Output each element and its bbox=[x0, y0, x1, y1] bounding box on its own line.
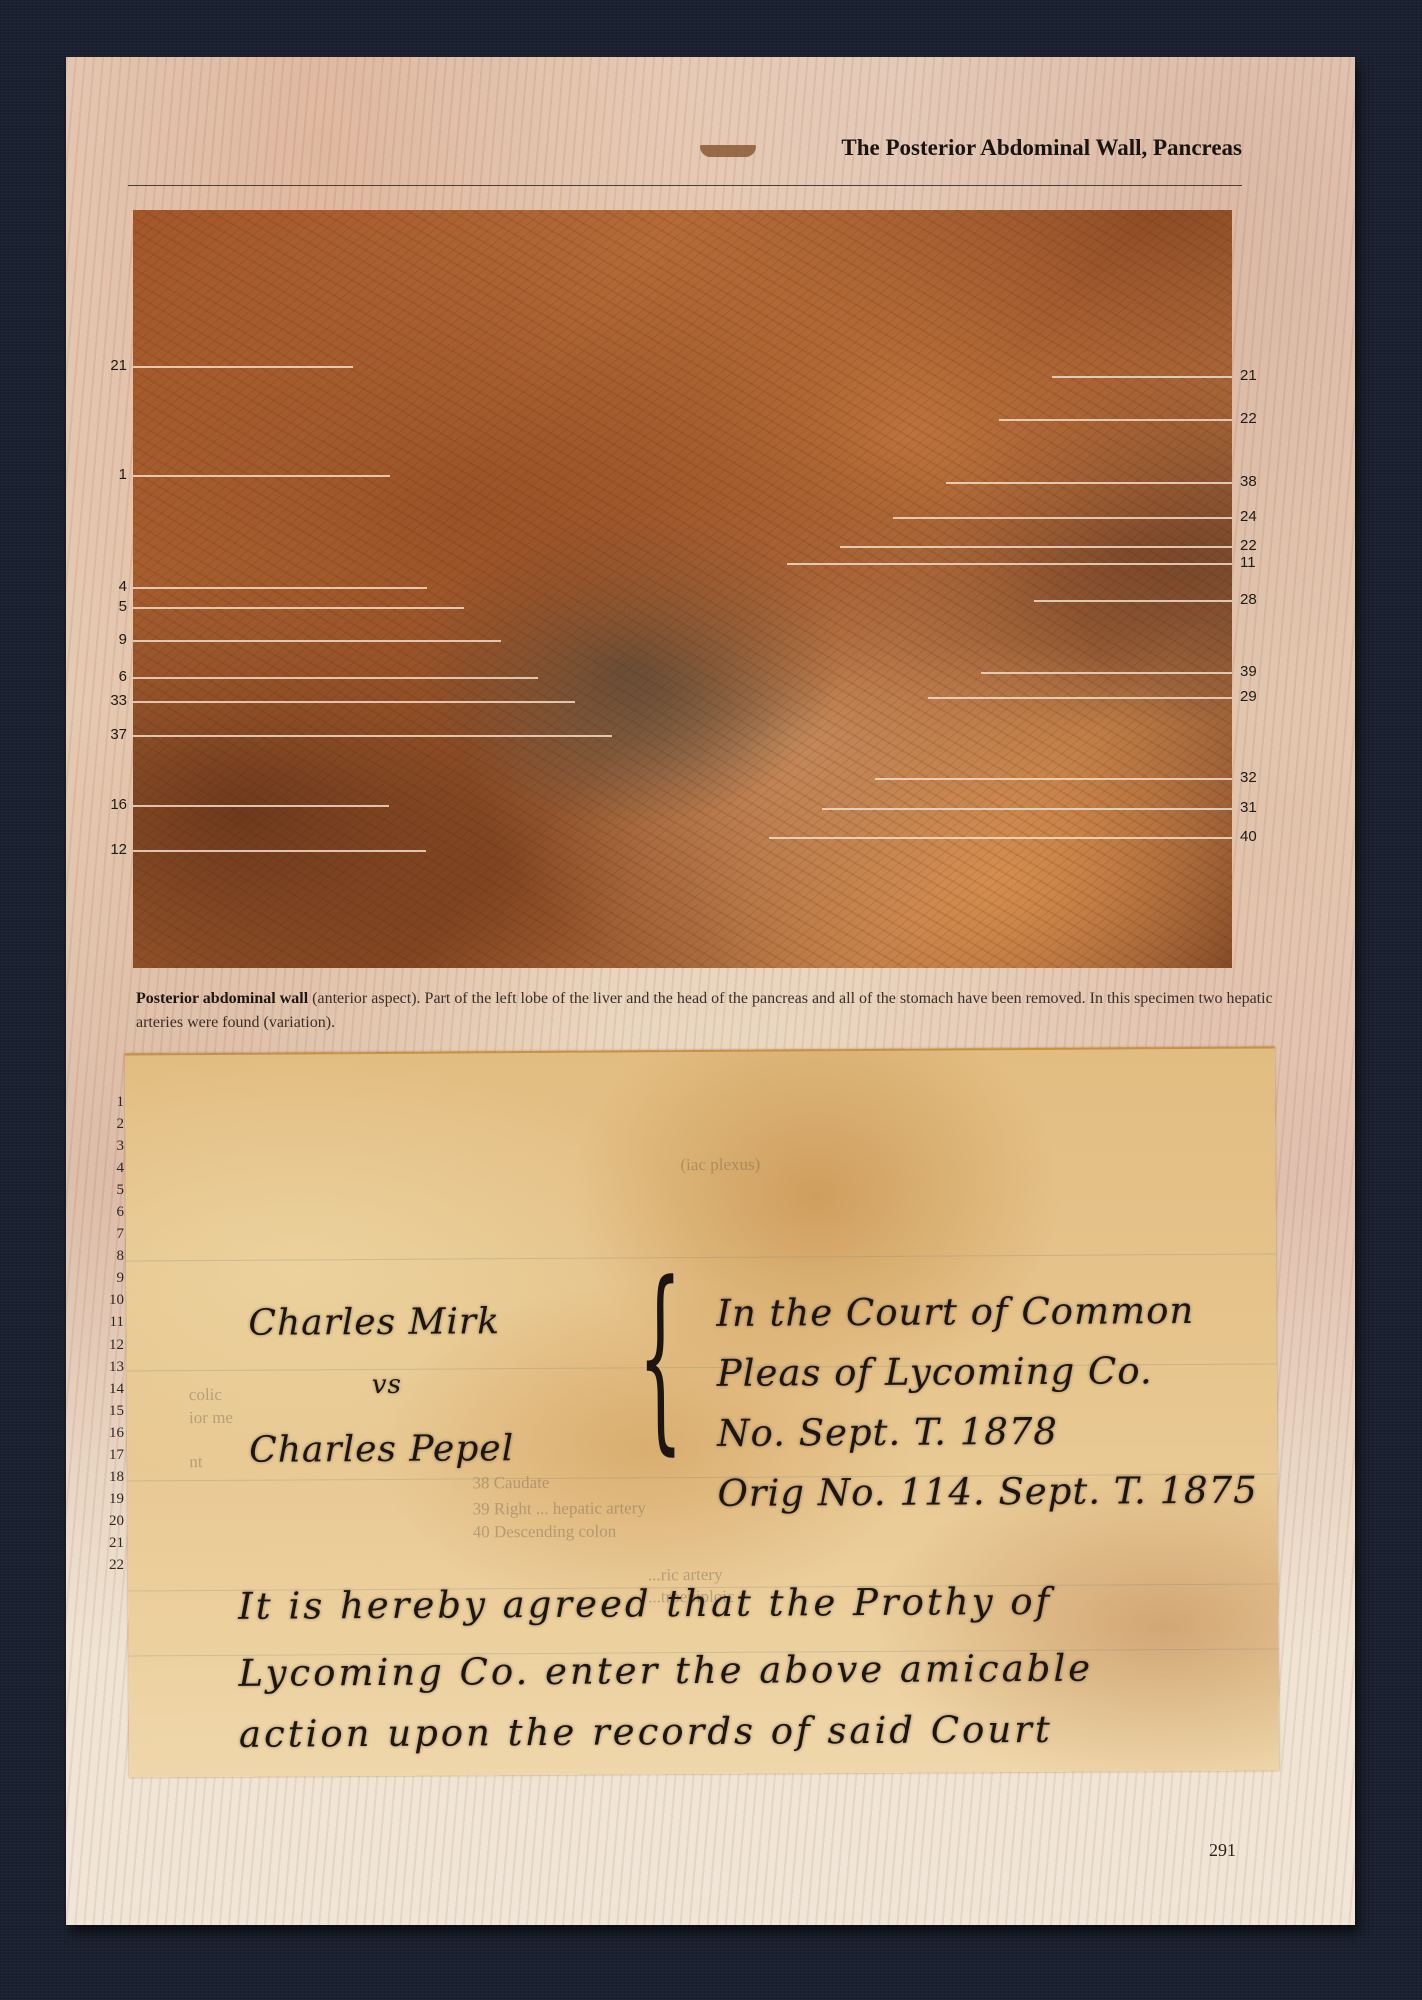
court-line-4: Orig No. 114. Sept. T. 1875 bbox=[717, 1469, 1257, 1515]
figure-label-left: 12 bbox=[97, 842, 127, 858]
figure-label-right: 29 bbox=[1240, 689, 1270, 705]
line-number: 6 bbox=[100, 1201, 124, 1223]
leader-line bbox=[1052, 376, 1232, 378]
body-line-2: Lycoming Co. enter the above amicable bbox=[238, 1647, 1093, 1695]
figure-label-left: 37 bbox=[97, 727, 127, 743]
figure-caption: Posterior abdominal wall (anterior aspec… bbox=[136, 987, 1276, 1035]
line-number: 7 bbox=[100, 1223, 124, 1245]
line-number: 3 bbox=[100, 1135, 124, 1157]
line-numbers: 12345678910111213141516171819202122 bbox=[100, 1091, 124, 1576]
leader-line bbox=[822, 808, 1232, 810]
body-line-1: It is hereby agreed that the Prothy of bbox=[238, 1580, 1052, 1628]
line-number: 2 bbox=[100, 1113, 124, 1135]
leader-line bbox=[133, 366, 353, 368]
leader-line bbox=[981, 672, 1232, 674]
leader-line bbox=[133, 805, 389, 807]
line-number: 11 bbox=[100, 1311, 124, 1333]
brace: { bbox=[637, 1257, 683, 1457]
figure-label-left: 6 bbox=[97, 669, 127, 685]
leader-line bbox=[928, 697, 1232, 699]
ghost-text: ior me bbox=[189, 1408, 233, 1428]
figure-label-right: 32 bbox=[1240, 770, 1270, 786]
leader-line bbox=[133, 640, 501, 642]
figure-label-right: 11 bbox=[1240, 555, 1270, 571]
line-number: 18 bbox=[100, 1466, 124, 1488]
line-number: 20 bbox=[100, 1510, 124, 1532]
line-number: 5 bbox=[100, 1179, 124, 1201]
caption-bold: Posterior abdominal wall bbox=[136, 990, 308, 1007]
figure-label-right: 28 bbox=[1240, 592, 1270, 608]
court-line-3: No. Sept. T. 1878 bbox=[717, 1410, 1058, 1455]
line-number: 14 bbox=[100, 1378, 124, 1400]
leader-line bbox=[999, 419, 1232, 421]
line-number: 19 bbox=[100, 1488, 124, 1510]
line-number: 13 bbox=[100, 1356, 124, 1378]
line-number: 8 bbox=[100, 1245, 124, 1267]
defendant-name: Charles Pepel bbox=[249, 1428, 514, 1471]
ghost-text: colic bbox=[189, 1385, 222, 1405]
ghost-text: 40 Descending colon bbox=[473, 1522, 617, 1543]
line-number: 1 bbox=[100, 1091, 124, 1113]
leader-line bbox=[133, 607, 464, 609]
leader-line bbox=[133, 677, 538, 679]
plaintiff-name: Charles Mirk bbox=[248, 1301, 500, 1344]
leader-line bbox=[133, 587, 427, 589]
leader-line bbox=[840, 546, 1232, 548]
leader-line bbox=[893, 517, 1232, 519]
figure-label-left: 33 bbox=[97, 693, 127, 709]
figure-label-left: 9 bbox=[97, 632, 127, 648]
figure-label-right: 39 bbox=[1240, 664, 1270, 680]
line-number: 9 bbox=[100, 1267, 124, 1289]
figure-label-right: 22 bbox=[1240, 538, 1270, 554]
line-number: 12 bbox=[100, 1334, 124, 1356]
leader-line bbox=[1034, 600, 1232, 602]
page-header-title: The Posterior Abdominal Wall, Pancreas bbox=[841, 135, 1242, 161]
figure-label-right: 38 bbox=[1240, 474, 1270, 490]
line-number: 16 bbox=[100, 1422, 124, 1444]
figure-label-left: 1 bbox=[97, 467, 127, 483]
figure-label-right: 40 bbox=[1240, 829, 1270, 845]
handwritten-legal-document: (iac plexus) 38 Caudate 39 Right ... hep… bbox=[125, 1046, 1279, 1777]
leader-line bbox=[133, 475, 390, 477]
line-number: 22 bbox=[100, 1554, 124, 1576]
figure-label-right: 31 bbox=[1240, 800, 1270, 816]
header-ornament bbox=[700, 145, 756, 157]
leader-line bbox=[875, 778, 1232, 780]
versus-text: vs bbox=[372, 1370, 402, 1400]
line-number: 4 bbox=[100, 1157, 124, 1179]
book-page: The Posterior Abdominal Wall, Pancreas 2… bbox=[66, 57, 1355, 1925]
line-number: 17 bbox=[100, 1444, 124, 1466]
ghost-text: nt bbox=[189, 1452, 202, 1472]
line-number: 10 bbox=[100, 1289, 124, 1311]
page-number: 291 bbox=[1209, 1840, 1236, 1861]
ghost-text: 38 Caudate bbox=[472, 1473, 549, 1493]
court-line-2: Pleas of Lycoming Co. bbox=[717, 1349, 1153, 1395]
leader-line bbox=[133, 735, 612, 737]
figure-label-right: 21 bbox=[1240, 368, 1270, 384]
figure-label-left: 5 bbox=[97, 599, 127, 615]
figure-label-left: 16 bbox=[97, 797, 127, 813]
body-line-3: action upon the records of said Court bbox=[239, 1708, 1053, 1756]
line-number: 15 bbox=[100, 1400, 124, 1422]
header-rule bbox=[128, 185, 1242, 186]
line-number: 21 bbox=[100, 1532, 124, 1554]
leader-line bbox=[787, 563, 1232, 565]
figure-label-left: 4 bbox=[97, 579, 127, 595]
figure-label-right: 22 bbox=[1240, 411, 1270, 427]
ghost-text: (iac plexus) bbox=[680, 1155, 760, 1175]
leader-line bbox=[133, 701, 575, 703]
figure-label-left: 21 bbox=[97, 358, 127, 374]
court-line-1: In the Court of Common bbox=[716, 1289, 1194, 1335]
figure-label-right: 24 bbox=[1240, 509, 1270, 525]
leader-line bbox=[946, 482, 1232, 484]
leader-line bbox=[769, 837, 1232, 839]
anatomy-photo bbox=[133, 210, 1232, 968]
leader-line bbox=[133, 850, 426, 852]
ghost-text: 39 Right ... hepatic artery bbox=[473, 1498, 646, 1519]
